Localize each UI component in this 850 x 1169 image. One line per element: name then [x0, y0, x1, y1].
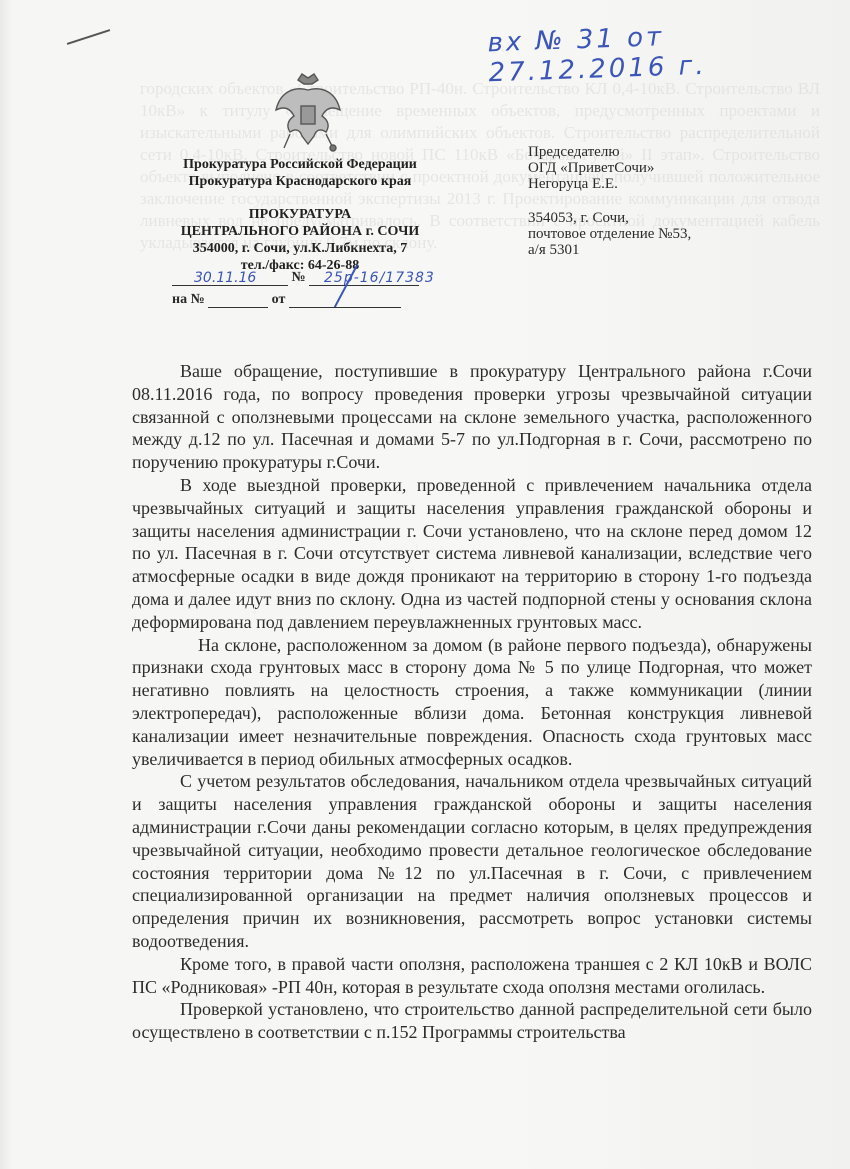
- document-page: городских объектов «Строительство РП-40н…: [0, 0, 850, 1169]
- recipient-block: Председателю ОГД «ПриветСочи» Негоруца Е…: [528, 144, 691, 258]
- registration-date: 30.11.16: [194, 270, 256, 286]
- coat-of-arms-icon: [272, 70, 344, 158]
- reference-label: на №: [172, 292, 205, 307]
- recipient-organization: ОГД «ПриветСочи»: [528, 160, 691, 176]
- reference-number-blank: [208, 292, 268, 308]
- office-address: 354000, г. Сочи, ул.К.Либкнехта, 7: [150, 240, 450, 257]
- paragraph-2: В ходе выездной проверки, проведенной с …: [132, 474, 812, 634]
- paragraph-5: Кроме того, в правой части оползня, расп…: [132, 953, 812, 999]
- number-label: №: [292, 270, 306, 285]
- incoming-registration-note: вх № 31 от 27.12.2016 г.: [487, 16, 850, 89]
- paragraph-4: С учетом результатов обследования, начал…: [132, 770, 812, 952]
- sender-header: Прокуратура Российской Федерации Прокура…: [150, 156, 450, 190]
- recipient-address-2: почтовое отделение №53,: [528, 226, 691, 242]
- recipient-address-1: 354053, г. Сочи,: [528, 210, 691, 226]
- reference-from-label: от: [272, 292, 286, 307]
- reference-line: на № от: [172, 292, 401, 308]
- registration-number: 25р-16/17383: [324, 270, 435, 286]
- sender-line-2: Прокуратура Краснодарского края: [150, 173, 450, 190]
- reference-date-blank: [289, 292, 401, 308]
- paragraph-1: Ваше обращение, поступившие в прокуратур…: [132, 360, 812, 474]
- paragraph-3: На склоне, расположенном за домом (в рай…: [132, 634, 812, 771]
- office-title-2: ЦЕНТРАЛЬНОГО РАЙОНА г. СОЧИ: [150, 223, 450, 240]
- recipient-name: Негоруца Е.Е.: [528, 176, 691, 192]
- sender-office-block: ПРОКУРАТУРА ЦЕНТРАЛЬНОГО РАЙОНА г. СОЧИ …: [150, 206, 450, 274]
- paragraph-6: Проверкой установлено, что строительство…: [132, 998, 812, 1044]
- office-title-1: ПРОКУРАТУРА: [150, 206, 450, 223]
- sender-line-1: Прокуратура Российской Федерации: [150, 156, 450, 173]
- recipient-title: Председателю: [528, 144, 691, 160]
- letter-body: Ваше обращение, поступившие в прокуратур…: [132, 360, 812, 1044]
- recipient-address-3: а/я 5301: [528, 242, 691, 258]
- pen-mark: [67, 29, 110, 45]
